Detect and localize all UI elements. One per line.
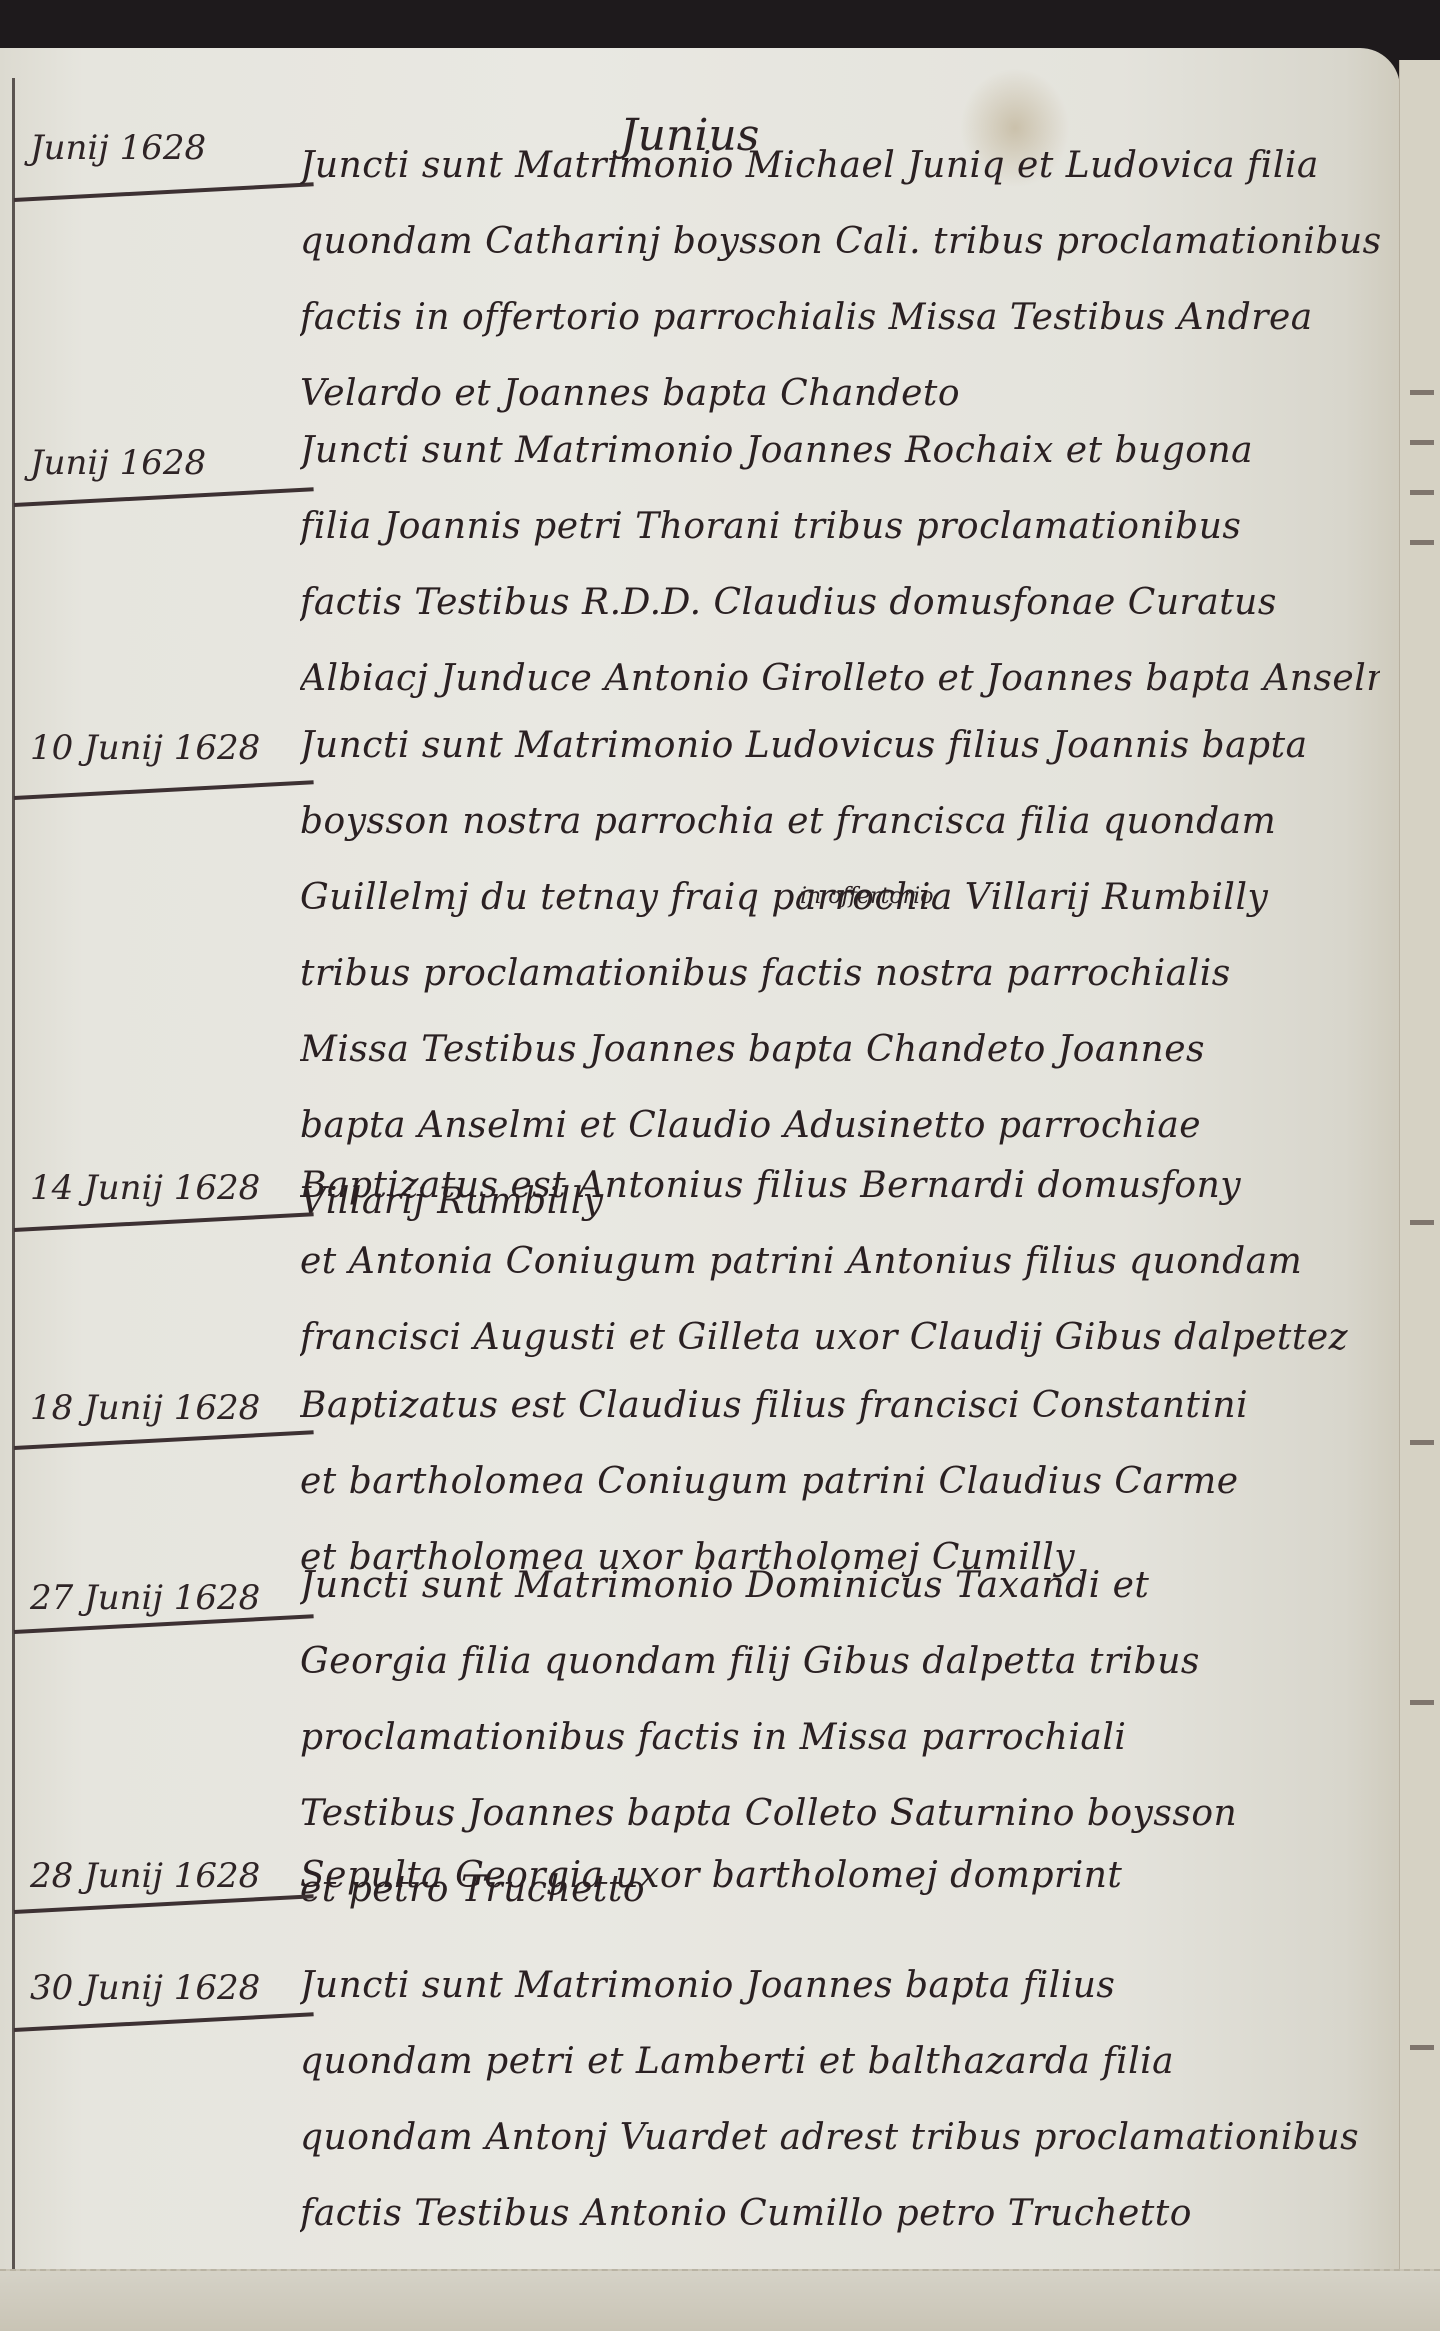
entry-divider (14, 2012, 314, 2032)
entry-line: Baptizatus est Claudius filius francisci… (300, 1368, 1380, 1444)
entry-divider (14, 182, 314, 202)
entry-line: Juncti sunt Matrimonio Joannes Rochaix e… (300, 413, 1380, 489)
entry-line: tribus proclamationibus factis nostra pa… (300, 936, 1380, 1012)
entry-line: Juncti sunt Matrimonio Joannes bapta fil… (300, 1948, 1380, 2024)
entry-divider (14, 1894, 314, 1914)
entry-date: 18 Junij 1628 (30, 1388, 280, 1428)
entry-text: Juncti sunt Matrimonio Michael Juniq et … (300, 128, 1380, 432)
entry-line: factis Testibus R.D.D. Claudius domusfon… (300, 565, 1380, 641)
entry-divider (14, 780, 314, 800)
entry-divider (14, 487, 314, 507)
entry-line: Sepulta Georgia uxor bartholomej domprin… (300, 1838, 1380, 1914)
entry-line: et Antonia Coniugum patrini Antonius fil… (300, 1224, 1380, 1300)
page-bottom-edge (0, 2269, 1440, 2331)
entry-line: Missa Testibus Joannes bapta Chandeto Jo… (300, 1012, 1380, 1088)
entry-date: 28 Junij 1628 (30, 1856, 280, 1896)
entry-divider (14, 1430, 314, 1450)
entry-line: francisci Augusti et Gilleta uxor Claudi… (300, 1300, 1380, 1376)
entry-text: Juncti sunt Matrimonio Joannes Rochaix e… (300, 413, 1380, 717)
entry-line: Juncti sunt Matrimonio Ludovicus filius … (300, 708, 1380, 784)
entry-line: Guillelmj du tetnay fraiq parrochia Vill… (300, 860, 1380, 936)
adjacent-page-edge (1399, 60, 1440, 2331)
entry-line: quondam Catharinj boysson Cali. tribus p… (300, 204, 1380, 280)
entry-text: Baptizatus est Antonius filius Bernardi … (300, 1148, 1380, 1376)
entry-date: 10 Junij 1628 (30, 728, 280, 768)
entry-date: 30 Junij 1628 (30, 1968, 280, 2008)
entry-line: Juncti sunt Matrimonio Dominicus Taxandi… (300, 1548, 1380, 1624)
entry-line: quondam petri et Lamberti et balthazarda… (300, 2024, 1380, 2100)
entry-date: Junij 1628 (30, 128, 280, 168)
manuscript-page: Junius Junij 1628 Juncti sunt Matrimonio… (0, 48, 1400, 2331)
entry-date: 14 Junij 1628 (30, 1168, 280, 1208)
entry-date: 27 Junij 1628 (30, 1578, 280, 1618)
entry-line: factis Testibus Antonio Cumillo petro Tr… (300, 2176, 1380, 2252)
entry-text: Sepulta Georgia uxor bartholomej domprin… (300, 1838, 1380, 1914)
entry-line: boysson nostra parrochia et francisca fi… (300, 784, 1380, 860)
entry-line: factis in offertorio parrochialis Missa … (300, 280, 1380, 356)
adjacent-page-marks (1402, 60, 1438, 2331)
entry-line: quondam Antonj Vuardet adrest tribus pro… (300, 2100, 1380, 2176)
entry-line: filia Joannis petri Thorani tribus procl… (300, 489, 1380, 565)
entry-line: proclamationibus factis in Missa parroch… (300, 1700, 1380, 1776)
entry-line: Juncti sunt Matrimonio Michael Juniq et … (300, 128, 1380, 204)
entry-line: Georgia filia quondam filij Gibus dalpet… (300, 1624, 1380, 1700)
entry-line: et bartholomea Coniugum patrini Claudius… (300, 1444, 1380, 1520)
entry-line: Albiacj Junduce Antonio Girolleto et Joa… (300, 641, 1380, 717)
entry-line: Baptizatus est Antonius filius Bernardi … (300, 1148, 1380, 1224)
entry-divider (14, 1212, 314, 1232)
entry-date: Junij 1628 (30, 443, 280, 483)
